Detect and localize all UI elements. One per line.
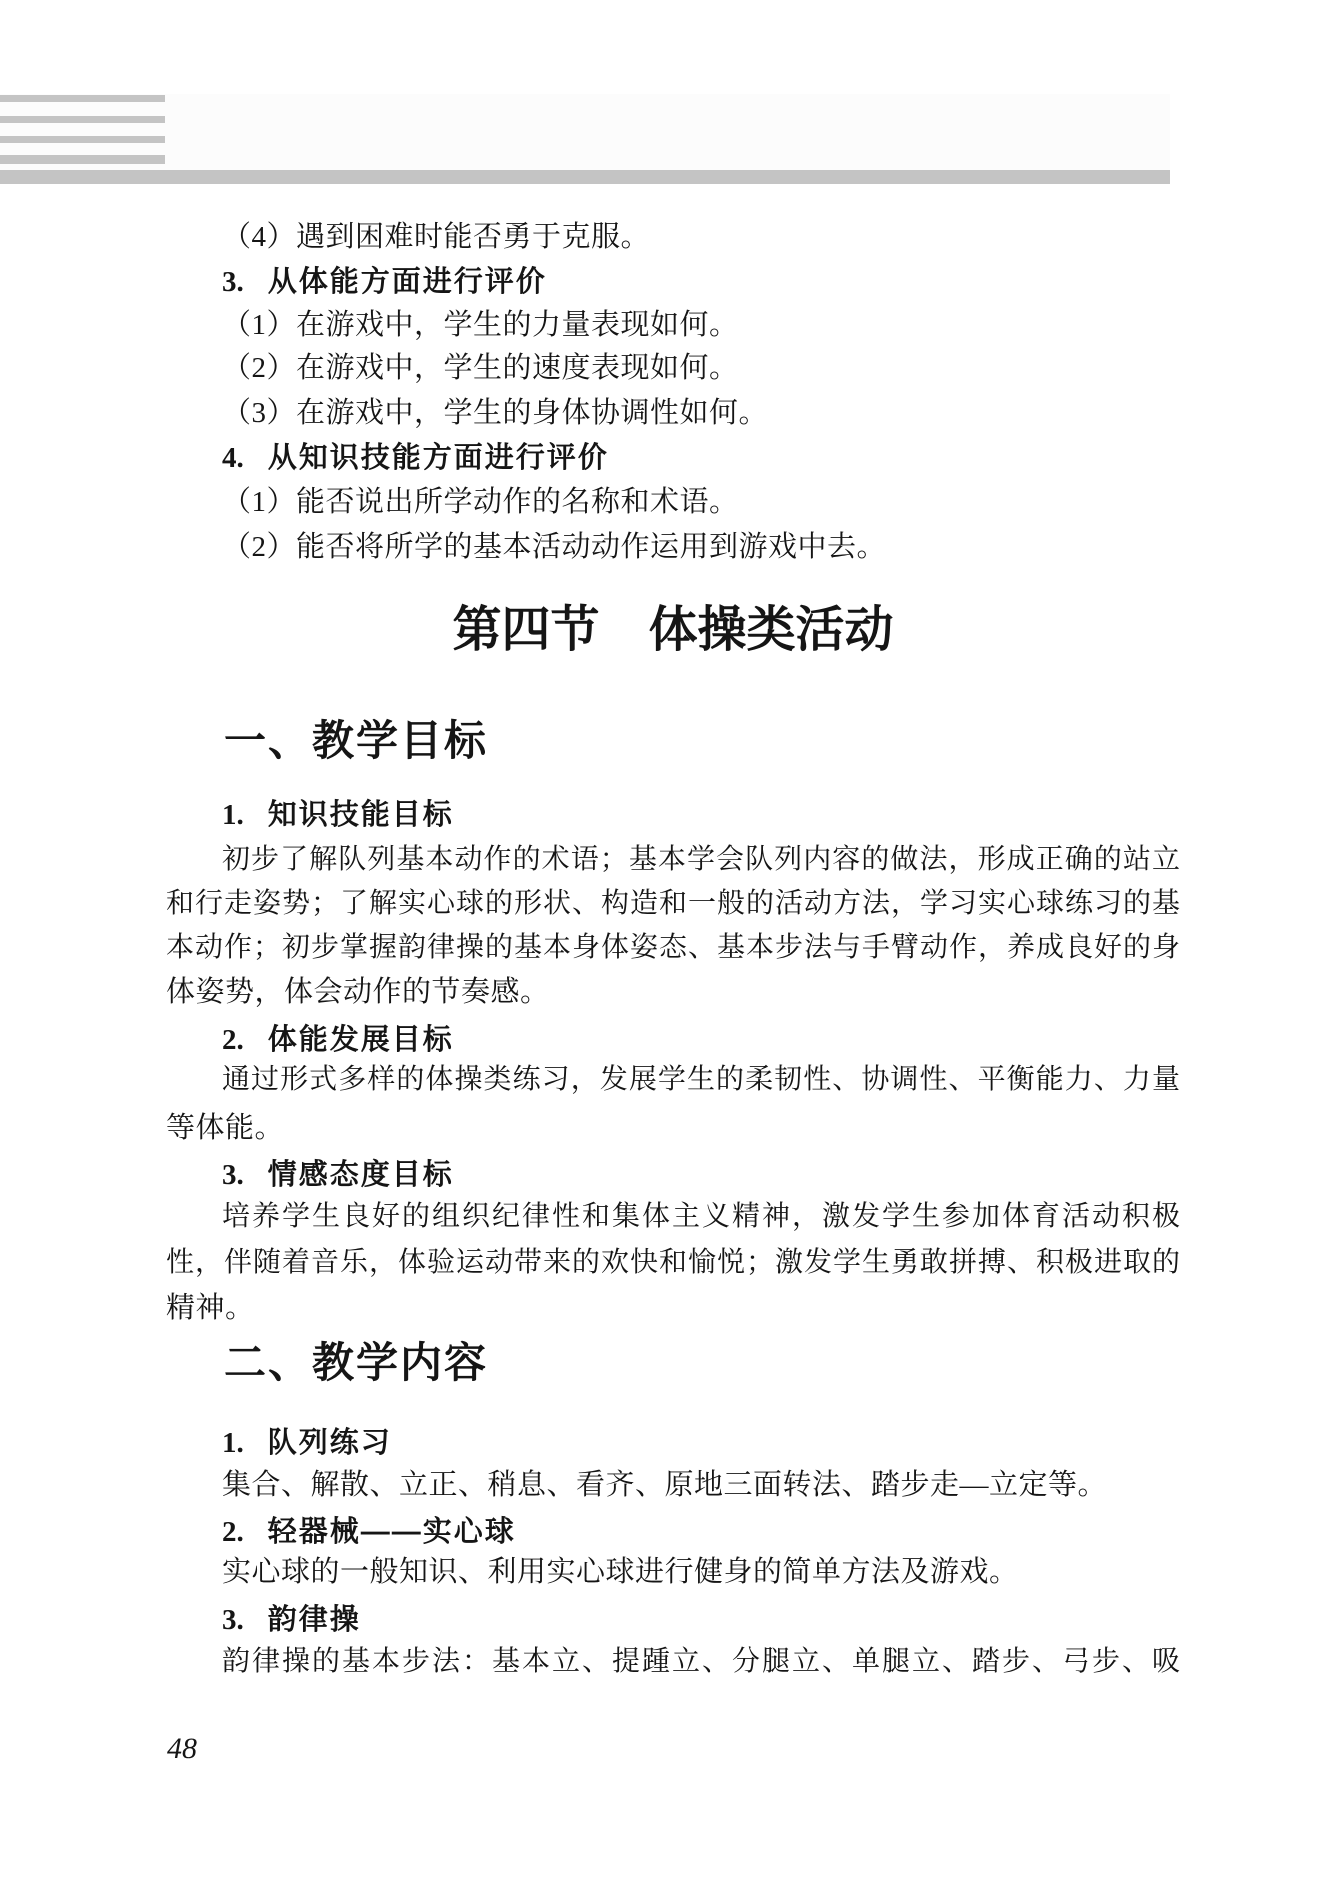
list-item: （2）在游戏中，学生的速度表现如何。 [222,346,739,390]
header-bar [0,136,165,143]
subheading-label: 韵律操 [268,1604,361,1636]
subheading-knowledge-eval: 4.从知识技能方面进行评价 [222,436,609,480]
subheading-number: 4. [222,442,244,474]
paragraph-line: 性，伴随着音乐，体验运动带来的欢快和愉悦；激发学生勇敢拼搏、积极进取的 [166,1241,1180,1285]
subheading-label: 体能发展目标 [268,1024,454,1056]
subheading-label: 从体能方面进行评价 [268,266,547,298]
subheading-number: 3. [222,1159,244,1191]
subheading-number: 1. [222,799,244,831]
paragraph-line: 等体能。 [166,1106,284,1150]
header-rule [0,170,1170,184]
subheading-content1: 1.队列练习 [222,1421,392,1465]
paragraph-line: 通过形式多样的体操类练习，发展学生的柔韧性、协调性、平衡能力、力量 [222,1058,1180,1102]
list-item: （4）遇到困难时能否勇于克服。 [222,215,650,259]
subheading-goal3: 3.情感态度目标 [222,1153,454,1197]
paragraph-line: 精神。 [166,1286,255,1330]
subheading-number: 3. [222,1604,244,1636]
paragraph-line: 本动作；初步掌握韵律操的基本身体姿态、基本步法与手臂动作，养成良好的身 [166,926,1180,970]
paragraph-line: 和行走姿势；了解实心球的形状、构造和一般的活动方法，学习实心球练习的基 [166,882,1180,926]
chapter-heading-objectives: 一、教学目标 [224,712,488,772]
subheading-content2: 2.轻器械——实心球 [222,1510,516,1554]
list-item: （1）能否说出所学动作的名称和术语。 [222,480,739,524]
subheading-label: 队列练习 [268,1427,392,1459]
section-title: 第四节 体操类活动 [166,596,1180,664]
header-bar [0,116,165,123]
header-bar [0,95,165,102]
chapter-heading-contents: 二、教学内容 [224,1334,488,1394]
header-wash [0,94,1170,170]
subheading-number: 3. [222,266,244,298]
list-item: （1）在游戏中，学生的力量表现如何。 [222,303,739,347]
subheading-number: 2. [222,1024,244,1056]
subheading-content3: 3.韵律操 [222,1598,361,1642]
paragraph-line: 韵律操的基本步法：基本立、提踵立、分腿立、单腿立、踏步、弓步、吸 [222,1640,1180,1684]
header-bar [0,155,165,164]
paragraph-line: 集合、解散、立正、稍息、看齐、原地三面转法、踏步走—立定等。 [222,1463,1107,1507]
subheading-goal1: 1.知识技能目标 [222,793,454,837]
subheading-label: 轻器械——实心球 [268,1516,516,1548]
paragraph-line: 初步了解队列基本动作的术语；基本学会队列内容的做法，形成正确的站立 [222,838,1180,882]
subheading-label: 知识技能目标 [268,799,454,831]
paragraph-line: 体姿势，体会动作的节奏感。 [166,970,550,1014]
textbook-page: （4）遇到困难时能否勇于克服。 3.从体能方面进行评价 （1）在游戏中，学生的力… [0,0,1331,1884]
subheading-label: 从知识技能方面进行评价 [268,442,609,474]
page-number: 48 [167,1729,197,1769]
paragraph-line: 培养学生良好的组织纪律性和集体主义精神，激发学生参加体育活动积极 [222,1195,1180,1239]
subheading-fitness-eval: 3.从体能方面进行评价 [222,260,547,304]
subheading-goal2: 2.体能发展目标 [222,1018,454,1062]
list-item: （3）在游戏中，学生的身体协调性如何。 [222,391,768,435]
subheading-label: 情感态度目标 [268,1159,454,1191]
subheading-number: 2. [222,1516,244,1548]
subheading-number: 1. [222,1427,244,1459]
list-item: （2）能否将所学的基本活动动作运用到游戏中去。 [222,525,886,569]
paragraph-line: 实心球的一般知识、利用实心球进行健身的简单方法及游戏。 [222,1550,1019,1594]
